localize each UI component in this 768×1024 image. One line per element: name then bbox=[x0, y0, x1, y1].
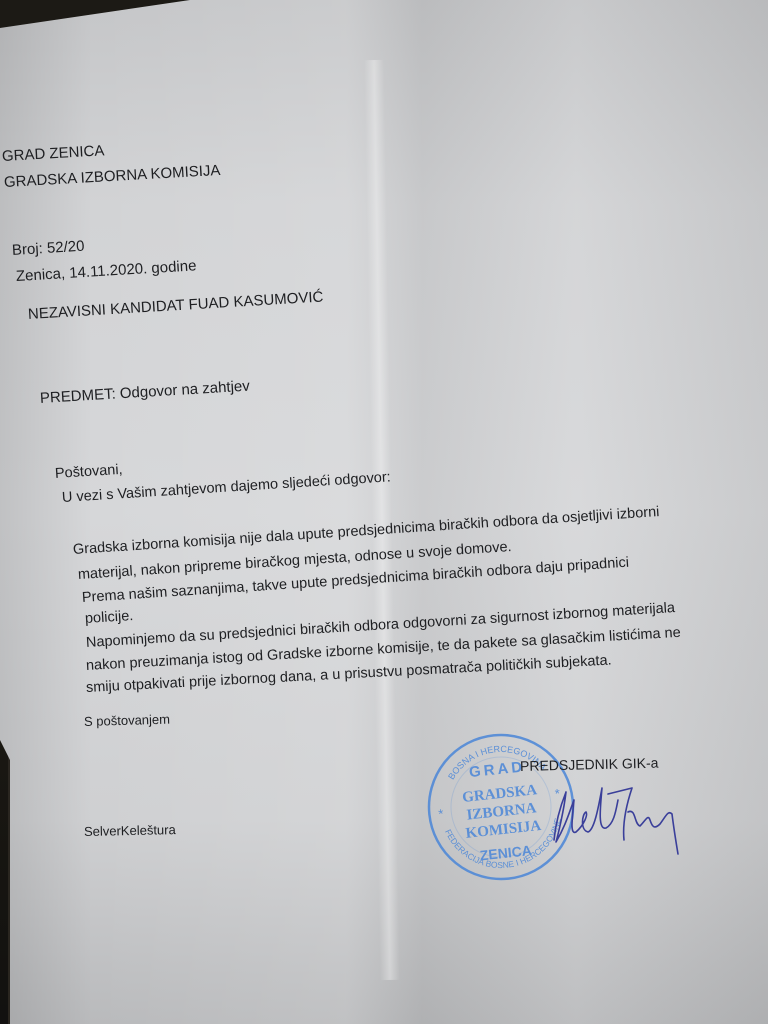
signer-title: PREDSJEDNIK GIK-a bbox=[520, 755, 659, 774]
star-icon: * bbox=[438, 806, 445, 821]
header-city: GRAD ZENICA bbox=[2, 142, 105, 165]
reference-number: Broj: 52/20 bbox=[11, 238, 84, 259]
closing: S poštovanjem bbox=[84, 712, 170, 729]
place-date: Zenica, 14.11.2020. godine bbox=[15, 257, 196, 285]
body-line: policije. bbox=[85, 608, 134, 627]
svg-text:GRAD: GRAD bbox=[468, 758, 526, 781]
subject-line: PREDMET: Odgovor na zahtjev bbox=[39, 378, 250, 407]
greeting: Poštovani, bbox=[54, 462, 123, 482]
letter: GRAD ZENICA GRADSKA IZBORNA KOMISIJA Bro… bbox=[0, 0, 768, 1024]
handwritten-signature bbox=[536, 780, 696, 870]
recipient: NEZAVISNI KANDIDAT FUAD KASUMOVIĆ bbox=[27, 288, 323, 323]
signer-name: SelverKeleštura bbox=[84, 822, 176, 839]
header-commission: GRADSKA IZBORNA KOMISIJA bbox=[4, 162, 221, 191]
